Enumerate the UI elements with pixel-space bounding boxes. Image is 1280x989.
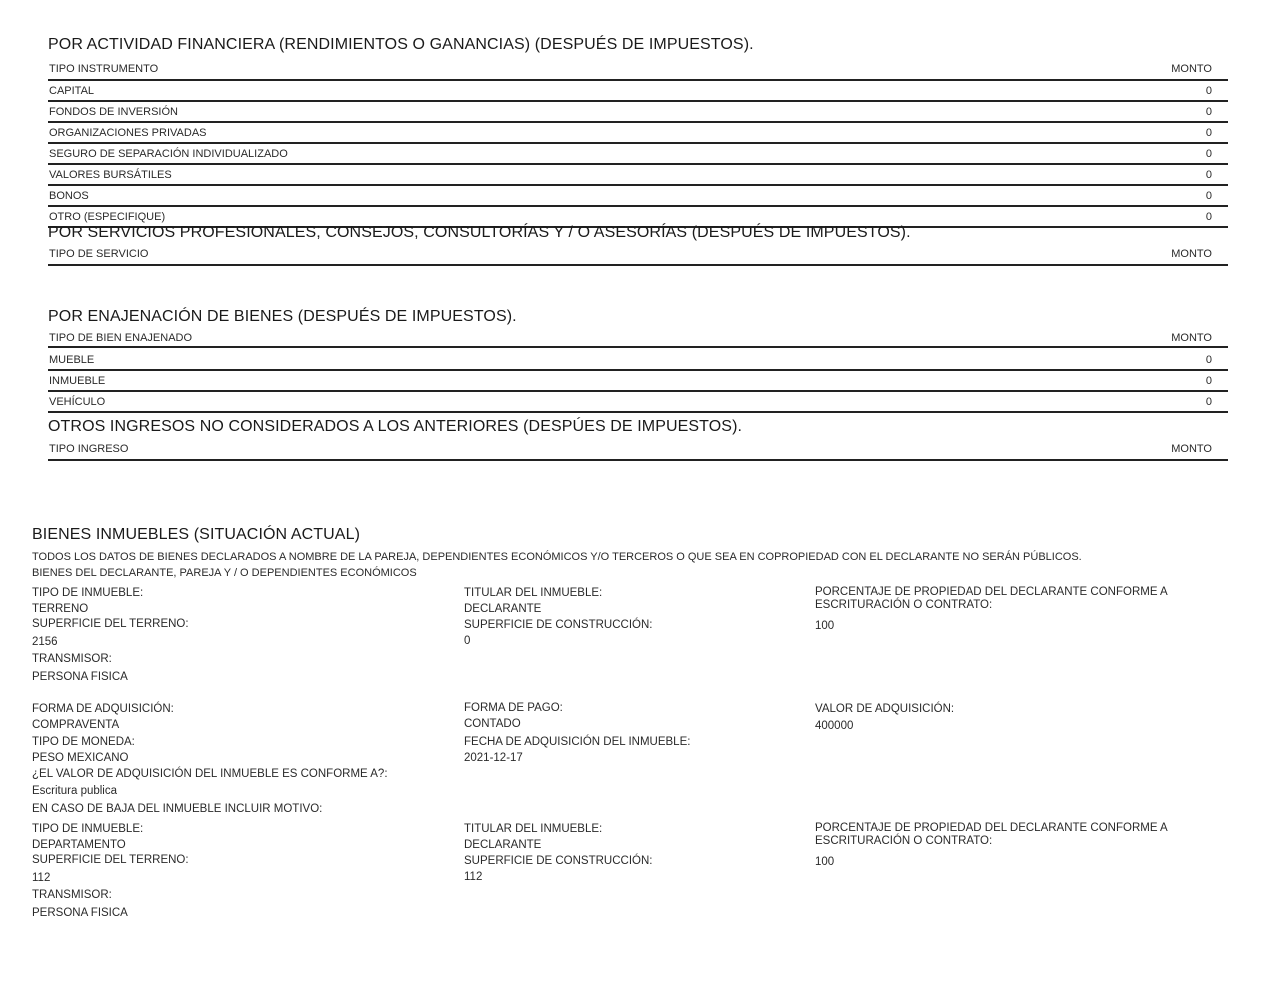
table-actividad-financiera: TIPO INSTRUMENTO MONTO CAPITAL0 FONDOS D… [48, 61, 1228, 230]
label-titular: TITULAR DEL INMUEBLE: [464, 823, 602, 835]
label-forma-adquisicion: FORMA DE ADQUISICIÓN: [32, 703, 174, 715]
label-conforme: ¿EL VALOR DE ADQUISICIÓN DEL INMUEBLE ES… [32, 768, 388, 780]
column-header-monto: MONTO [1171, 443, 1212, 455]
label-porcentaje: PORCENTAJE DE PROPIEDAD DEL DECLARANTE C… [815, 822, 1175, 848]
table-header: TIPO DE BIEN ENAJENADO MONTO [48, 330, 1228, 348]
value-conforme: Escritura publica [32, 785, 117, 797]
row-tipo: ORGANIZACIONES PRIVADAS [49, 127, 207, 139]
row-monto: 0 [1206, 211, 1212, 223]
label-baja: EN CASO DE BAJA DEL INMUEBLE INCLUIR MOT… [32, 803, 322, 815]
value-fecha-adquisicion: 2021-12-17 [464, 752, 523, 764]
label-fecha-adquisicion: FECHA DE ADQUISICIÓN DEL INMUEBLE: [464, 736, 690, 748]
table-row: SEGURO DE SEPARACIÓN INDIVIDUALIZADO0 [48, 146, 1228, 165]
value-transmisor: PERSONA FISICA [32, 671, 128, 683]
column-header-tipo: TIPO INGRESO [49, 443, 128, 455]
label-forma-pago: FORMA DE PAGO: [464, 702, 563, 714]
section-title-bienes-inmuebles: BIENES INMUEBLES (SITUACIÓN ACTUAL) [32, 526, 360, 544]
value-superficie-construccion: 112 [464, 871, 482, 883]
row-monto: 0 [1206, 190, 1212, 202]
row-monto: 0 [1206, 354, 1212, 366]
value-superficie-construccion: 0 [464, 635, 470, 647]
label-transmisor: TRANSMISOR: [32, 889, 112, 901]
row-tipo: SEGURO DE SEPARACIÓN INDIVIDUALIZADO [49, 148, 288, 160]
section-title-enajenacion: POR ENAJENACIÓN DE BIENES (DESPUÉS DE IM… [48, 308, 517, 326]
row-tipo: BONOS [49, 190, 89, 202]
table-header: TIPO INGRESO MONTO [48, 441, 1228, 461]
value-tipo-inmueble: TERRENO [32, 603, 88, 615]
section-title-otros-ingresos: OTROS INGRESOS NO CONSIDERADOS A LOS ANT… [48, 418, 742, 436]
row-tipo: INMUEBLE [49, 375, 105, 387]
table-row: ORGANIZACIONES PRIVADAS0 [48, 125, 1228, 144]
row-tipo: VEHÍCULO [49, 396, 105, 408]
row-monto: 0 [1206, 127, 1212, 139]
table-row: MUEBLE0 [48, 352, 1228, 371]
column-header-monto: MONTO [1171, 248, 1212, 260]
column-header-tipo: TIPO DE SERVICIO [49, 248, 148, 260]
table-row: INMUEBLE0 [48, 373, 1228, 392]
label-valor-adquisicion: VALOR DE ADQUISICIÓN: [815, 703, 954, 715]
section-title-servicios: POR SERVICIOS PROFESIONALES, CONSEJOS, C… [48, 224, 911, 242]
row-tipo: MUEBLE [49, 354, 94, 366]
table-row: VALORES BURSÁTILES0 [48, 167, 1228, 186]
table-header: TIPO INSTRUMENTO MONTO [48, 61, 1228, 81]
bienes-subtitle: BIENES DEL DECLARANTE, PAREJA Y / O DEPE… [32, 567, 417, 579]
table-otros-ingresos: TIPO INGRESO MONTO [48, 441, 1228, 463]
label-titular: TITULAR DEL INMUEBLE: [464, 587, 602, 599]
value-superficie-terreno: 112 [32, 872, 50, 884]
column-header-tipo: TIPO DE BIEN ENAJENADO [49, 332, 192, 344]
label-superficie-terreno: SUPERFICIE DEL TERRENO: [32, 854, 189, 866]
value-porcentaje: 100 [815, 856, 834, 868]
value-superficie-terreno: 2156 [32, 636, 58, 648]
table-row: CAPITAL0 [48, 83, 1228, 102]
section-title-actividad-financiera: POR ACTIVIDAD FINANCIERA (RENDIMIENTOS O… [48, 36, 754, 54]
label-superficie-construccion: SUPERFICIE DE CONSTRUCCIÓN: [464, 855, 653, 867]
value-titular: DECLARANTE [464, 603, 541, 615]
label-superficie-terreno: SUPERFICIE DEL TERRENO: [32, 618, 189, 630]
table-row: FONDOS DE INVERSIÓN0 [48, 104, 1228, 123]
label-tipo-inmueble: TIPO DE INMUEBLE: [32, 587, 143, 599]
table-header: TIPO DE SERVICIO MONTO [48, 246, 1228, 266]
table-row: BONOS0 [48, 188, 1228, 207]
row-tipo: OTRO (ESPECIFIQUE) [49, 211, 165, 223]
column-header-monto: MONTO [1171, 332, 1212, 344]
column-header-tipo: TIPO INSTRUMENTO [49, 63, 158, 75]
value-forma-adquisicion: COMPRAVENTA [32, 719, 119, 731]
table-servicios: TIPO DE SERVICIO MONTO [48, 246, 1228, 268]
row-monto: 0 [1206, 375, 1212, 387]
value-tipo-inmueble: DEPARTAMENTO [32, 839, 126, 851]
label-superficie-construccion: SUPERFICIE DE CONSTRUCCIÓN: [464, 619, 653, 631]
row-monto: 0 [1206, 169, 1212, 181]
row-monto: 0 [1206, 148, 1212, 160]
row-monto: 0 [1206, 85, 1212, 97]
column-header-monto: MONTO [1171, 63, 1212, 75]
value-titular: DECLARANTE [464, 839, 541, 851]
value-transmisor: PERSONA FISICA [32, 907, 128, 919]
label-transmisor: TRANSMISOR: [32, 653, 112, 665]
table-row: VEHÍCULO0 [48, 394, 1228, 413]
privacy-notice: TODOS LOS DATOS DE BIENES DECLARADOS A N… [32, 551, 1082, 563]
row-monto: 0 [1206, 106, 1212, 118]
label-porcentaje: PORCENTAJE DE PROPIEDAD DEL DECLARANTE C… [815, 586, 1175, 612]
row-tipo: VALORES BURSÁTILES [49, 169, 172, 181]
row-monto: 0 [1206, 396, 1212, 408]
row-tipo: FONDOS DE INVERSIÓN [49, 106, 178, 118]
label-tipo-inmueble: TIPO DE INMUEBLE: [32, 823, 143, 835]
value-valor-adquisicion: 400000 [815, 720, 853, 732]
row-tipo: CAPITAL [49, 85, 94, 97]
value-tipo-moneda: PESO MEXICANO [32, 752, 129, 764]
value-forma-pago: CONTADO [464, 718, 521, 730]
label-tipo-moneda: TIPO DE MONEDA: [32, 736, 135, 748]
value-porcentaje: 100 [815, 620, 834, 632]
table-enajenacion: TIPO DE BIEN ENAJENADO MONTO MUEBLE0 INM… [48, 330, 1228, 415]
